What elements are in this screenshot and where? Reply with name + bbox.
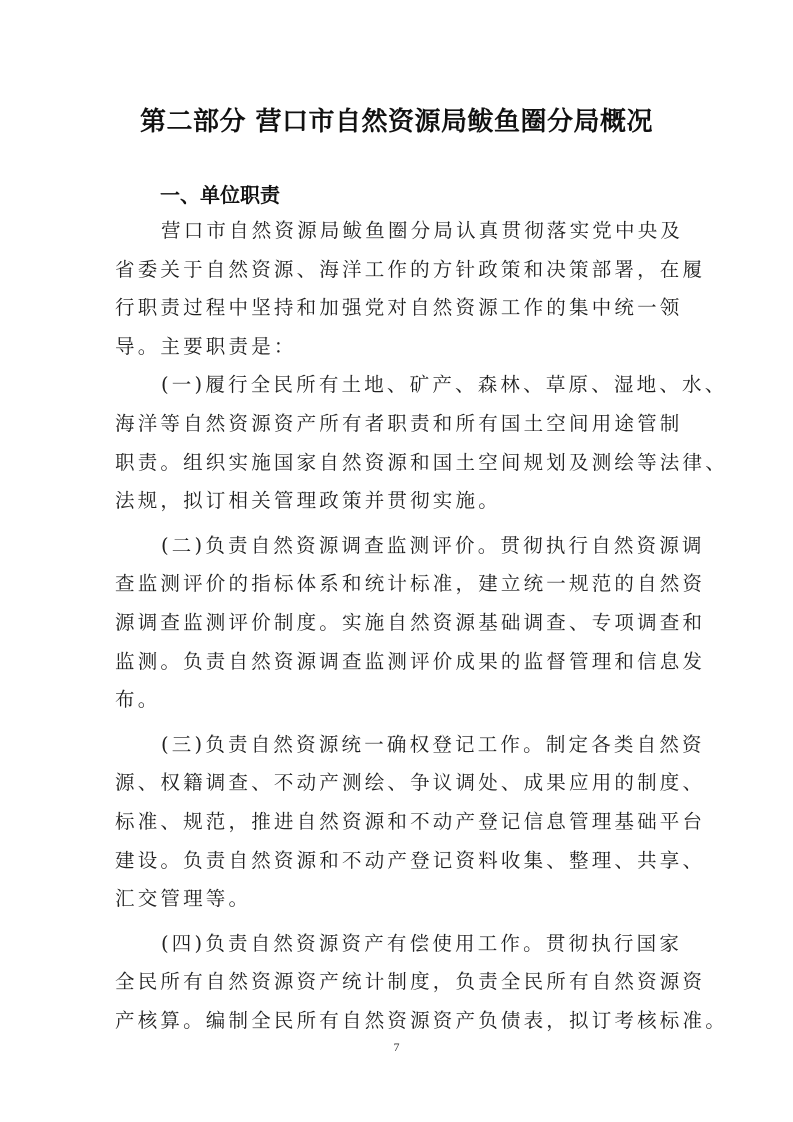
paragraph-duty-1: (一)履行全民所有土地、矿产、森林、草原、湿地、水、 海洋等自然资源资产所有者职… xyxy=(115,366,685,520)
paragraph-line: 营口市自然资源局鲅鱼圈分局认真贯彻落实党中央及 xyxy=(115,212,685,251)
document-page: 第二部分 营口市自然资源局鲅鱼圈分局概况 一、单位职责 营口市自然资源局鲅鱼圈分… xyxy=(0,0,793,1122)
body-text: 营口市自然资源局鲅鱼圈分局认真贯彻落实党中央及 省委关于自然资源、海洋工作的方针… xyxy=(115,212,685,1040)
paragraph-line: 源调查监测评价制度。实施自然资源基础调查、专项调查和 xyxy=(115,604,685,643)
paragraph-line: 行职责过程中坚持和加强党对自然资源工作的集中统一领 xyxy=(115,289,685,328)
paragraph-intro: 营口市自然资源局鲅鱼圈分局认真贯彻落实党中央及 省委关于自然资源、海洋工作的方针… xyxy=(115,212,685,366)
paragraph-line: (三)负责自然资源统一确权登记工作。制定各类自然资 xyxy=(115,726,685,765)
paragraph-line: 源、权籍调查、不动产测绘、争议调处、成果应用的制度、 xyxy=(115,764,685,803)
paragraph-line: (一)履行全民所有土地、矿产、森林、草原、湿地、水、 xyxy=(115,366,685,405)
paragraph-duty-3: (三)负责自然资源统一确权登记工作。制定各类自然资 源、权籍调查、不动产测绘、争… xyxy=(115,726,685,919)
paragraph-line: 法规，拟订相关管理政策并贯彻实施。 xyxy=(115,482,685,521)
paragraph-line: (四)负责自然资源资产有偿使用工作。贯彻执行国家 xyxy=(115,925,685,964)
paragraph-line: 省委关于自然资源、海洋工作的方针政策和决策部署，在履 xyxy=(115,251,685,290)
paragraph-line: 海洋等自然资源资产所有者职责和所有国土空间用途管制 xyxy=(115,405,685,444)
paragraph-line: 产核算。编制全民所有自然资源资产负债表，拟订考核标准。 xyxy=(115,1002,685,1041)
paragraph-line: 监测。负责自然资源调查监测评价成果的监督管理和信息发 xyxy=(115,643,685,682)
section-heading: 一、单位职责 xyxy=(160,180,280,210)
paragraph-line: 标准、规范，推进自然资源和不动产登记信息管理基础平台 xyxy=(115,803,685,842)
paragraph-duty-4: (四)负责自然资源资产有偿使用工作。贯彻执行国家 全民所有自然资源资产统计制度，… xyxy=(115,925,685,1041)
paragraph-line: 汇交管理等。 xyxy=(115,880,685,919)
paragraph-line: (二)负责自然资源调查监测评价。贯彻执行自然资源调 xyxy=(115,527,685,566)
paragraph-line: 职责。组织实施国家自然资源和国土空间规划及测绘等法律、 xyxy=(115,444,685,483)
paragraph-duty-2: (二)负责自然资源调查监测评价。贯彻执行自然资源调 查监测评价的指标体系和统计标… xyxy=(115,527,685,720)
paragraph-line: 布。 xyxy=(115,681,685,720)
page-title: 第二部分 营口市自然资源局鲅鱼圈分局概况 xyxy=(0,102,793,142)
page-number: 7 xyxy=(0,1040,793,1055)
paragraph-line: 导。主要职责是： xyxy=(115,328,685,367)
paragraph-line: 查监测评价的指标体系和统计标准，建立统一规范的自然资 xyxy=(115,565,685,604)
paragraph-line: 建设。负责自然资源和不动产登记资料收集、整理、共享、 xyxy=(115,842,685,881)
paragraph-line: 全民所有自然资源资产统计制度，负责全民所有自然资源资 xyxy=(115,963,685,1002)
